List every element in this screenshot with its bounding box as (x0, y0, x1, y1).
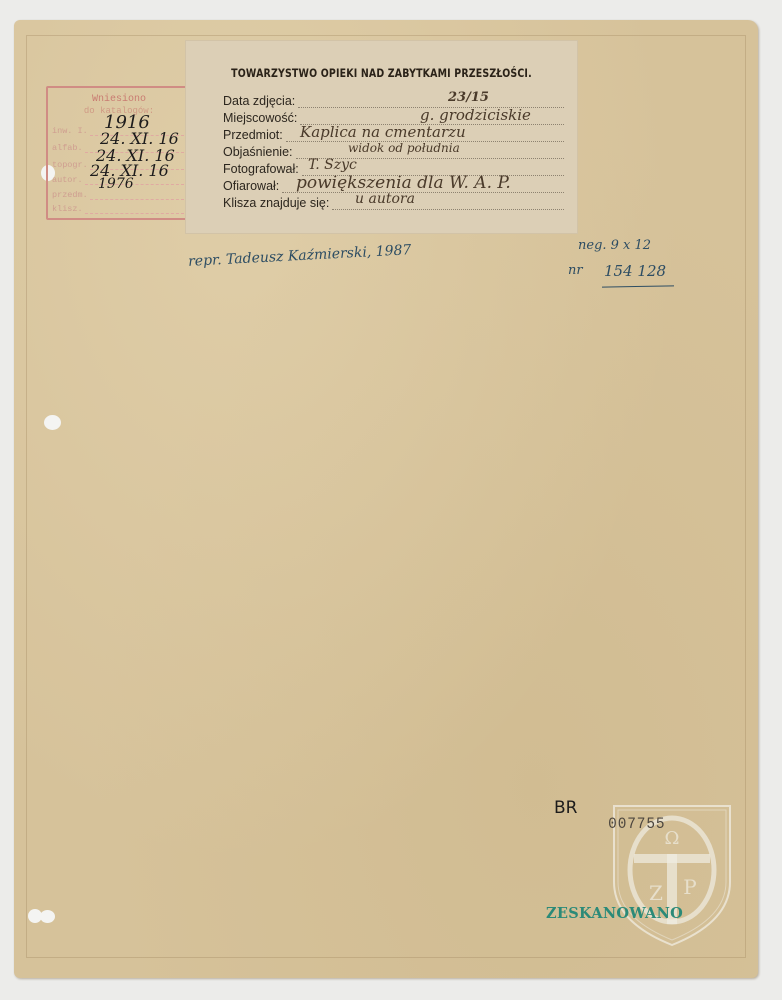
stamp-row: klisz. (52, 202, 184, 214)
svg-text:Ω: Ω (665, 828, 680, 849)
stamp-row-label: inw. I. (52, 126, 88, 136)
donor-value: powiększenia dla W. A. P. (296, 173, 511, 193)
field-label: Miejscowość: (223, 111, 297, 125)
stamp-row-label: przedm. (52, 190, 88, 200)
field-label: Objaśnienie: (223, 145, 293, 159)
punch-hole-middle (44, 415, 61, 430)
initials: BR (554, 798, 577, 818)
field-label: Przedmiot: (223, 128, 283, 142)
field-label: Klisza znajduje się: (223, 196, 329, 210)
subject-value: Kaplica na cmentarzu (300, 123, 466, 141)
punch-hole-bottom-right (40, 910, 55, 923)
plate-location-value: u autora (355, 191, 415, 207)
date-value: 23/15 (448, 90, 489, 105)
stamp-row-label: klisz. (52, 204, 83, 214)
negative-number: 154 128 (604, 262, 666, 280)
serial-number: 007755 (608, 815, 665, 833)
photographer-value: T. Szyc (308, 157, 357, 173)
location-value: g. grodziciskie (420, 106, 531, 124)
stamp-row-label: autor. (52, 175, 83, 185)
svg-text:P: P (683, 875, 696, 899)
card-title: TOWARZYSTWO OPIEKI NAD ZABYTKAMI PRZESZŁ… (220, 66, 542, 80)
stamp-value: 1976 (98, 176, 134, 192)
negative-size: neg. 9 x 12 (578, 238, 651, 253)
svg-text:Z: Z (649, 881, 663, 905)
negative-number-prefix: nr (568, 263, 583, 278)
stamp-row-label: alfab. (52, 143, 83, 153)
scanned-stamp: ZESKANOWANO (546, 905, 683, 922)
description-value: widok od południa (348, 141, 460, 155)
field-label: Data zdjęcia: (223, 94, 295, 108)
stamp-row-label: topogr. (52, 160, 88, 170)
field-label: Ofiarował: (223, 179, 279, 193)
field-label: Fotografował: (223, 162, 299, 176)
stamp-heading: Wniesiono (48, 94, 190, 105)
